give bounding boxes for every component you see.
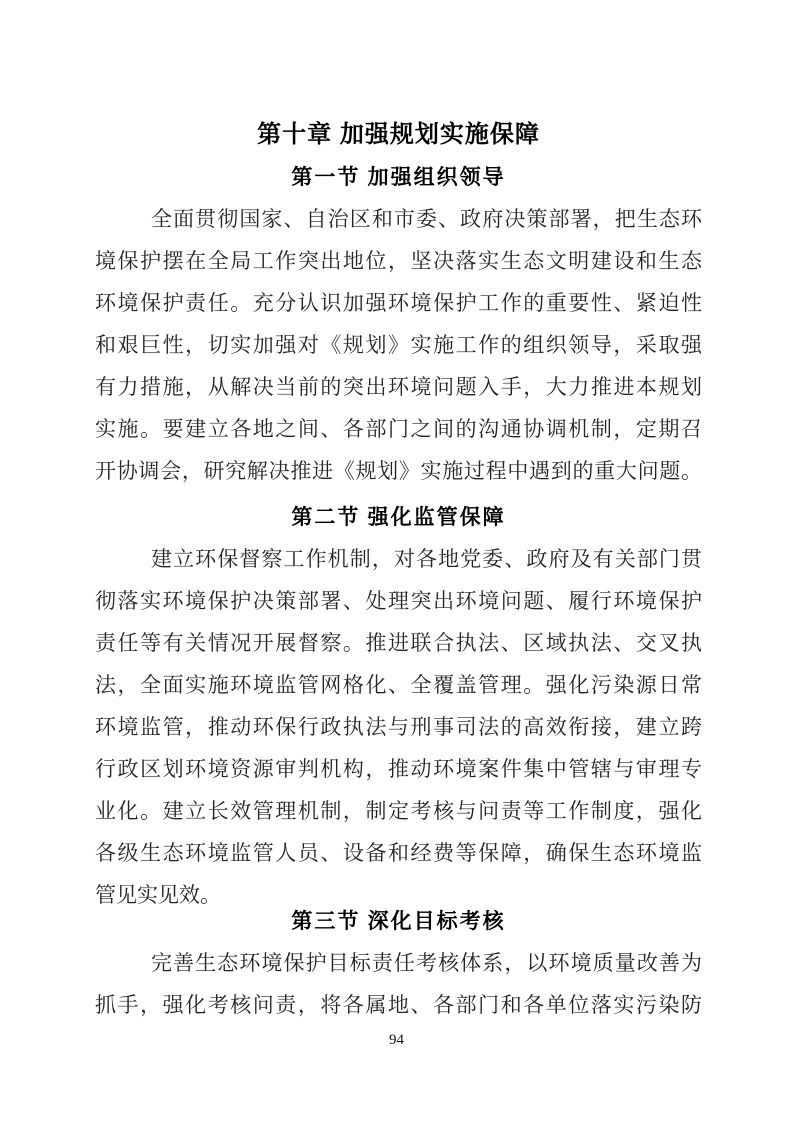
text-line: 全面贯彻国家、自治区和市委、政府决策部署，把生态环 (95, 198, 702, 240)
text-line: 环境保护责任。充分认识加强环境保护工作的重要性、紧迫性 (95, 282, 702, 324)
document-page: 第十章 加强规划实施保障 第一节 加强组织领导全面贯彻国家、自治区和市委、政府决… (0, 0, 793, 1122)
text-line: 业化。建立长效管理机制，制定考核与问责等工作制度，强化 (95, 790, 702, 832)
text-line: 环境监管，推动环保行政执法与刑事司法的高效衔接，建立跨 (95, 706, 702, 748)
text-line: 有力措施，从解决当前的突出环境问题入手，大力推进本规划 (95, 366, 702, 408)
section-heading: 第一节 加强组织领导 (95, 162, 702, 192)
text-line: 完善生态环境保护目标责任考核体系，以环境质量改善为 (95, 942, 702, 984)
paragraph: 全面贯彻国家、自治区和市委、政府决策部署，把生态环境保护摆在全局工作突出地位，坚… (95, 198, 702, 492)
text-line: 法，全面实施环境监管网格化、全覆盖管理。强化污染源日常 (95, 664, 702, 706)
text-line: 境保护摆在全局工作突出地位，坚决落实生态文明建设和生态 (95, 240, 702, 282)
text-line: 抓手，强化考核问责，将各属地、各部门和各单位落实污染防 (95, 984, 702, 1026)
text-line: 责任等有关情况开展督察。推进联合执法、区域执法、交叉执 (95, 622, 702, 664)
text-line: 和艰巨性，切实加强对《规划》实施工作的组织领导，采取强 (95, 324, 702, 366)
paragraph: 完善生态环境保护目标责任考核体系，以环境质量改善为抓手，强化考核问责，将各属地、… (95, 942, 702, 1026)
page-content: 第十章 加强规划实施保障 第一节 加强组织领导全面贯彻国家、自治区和市委、政府决… (95, 0, 702, 1026)
section-1: 第一节 加强组织领导全面贯彻国家、自治区和市委、政府决策部署，把生态环境保护摆在… (95, 162, 702, 492)
section-heading: 第二节 强化监管保障 (95, 502, 702, 532)
page-number: 94 (0, 1032, 793, 1049)
text-line: 开协调会，研究解决推进《规划》实施过程中遇到的重大问题。 (95, 450, 702, 492)
text-line: 彻落实环境保护决策部署、处理突出环境问题、履行环境保护 (95, 580, 702, 622)
section-2: 第二节 强化监管保障建立环保督察工作机制，对各地党委、政府及有关部门贯彻落实环境… (95, 502, 702, 916)
text-line: 行政区划环境资源审判机构，推动环境案件集中管辖与审理专 (95, 748, 702, 790)
sections-container: 第一节 加强组织领导全面贯彻国家、自治区和市委、政府决策部署，把生态环境保护摆在… (95, 162, 702, 1026)
section-3: 第三节 深化目标考核完善生态环境保护目标责任考核体系，以环境质量改善为抓手，强化… (95, 906, 702, 1026)
text-line: 各级生态环境监管人员、设备和经费等保障，确保生态环境监 (95, 832, 702, 874)
paragraph: 建立环保督察工作机制，对各地党委、政府及有关部门贯彻落实环境保护决策部署、处理突… (95, 538, 702, 916)
text-line: 建立环保督察工作机制，对各地党委、政府及有关部门贯 (95, 538, 702, 580)
text-line: 实施。要建立各地之间、各部门之间的沟通协调机制，定期召 (95, 408, 702, 450)
chapter-title: 第十章 加强规划实施保障 (95, 118, 702, 152)
